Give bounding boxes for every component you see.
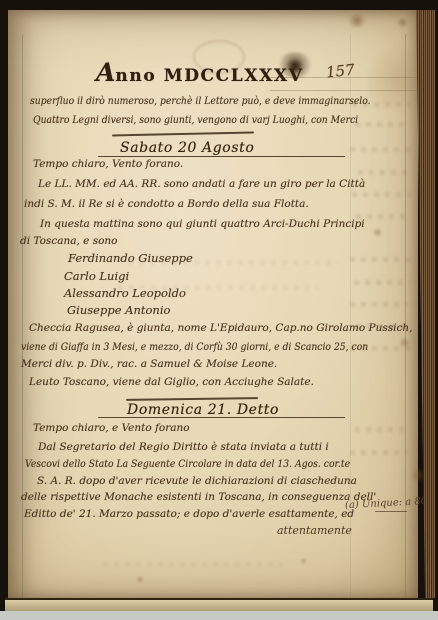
prince-name: Alessandro Leopoldo — [64, 287, 186, 301]
bleed-through-line — [350, 450, 408, 455]
manuscript-line: Editto de' 21. Marzo passato; e dopo d'a… — [24, 508, 354, 521]
manuscript-line: Leuto Toscano, viene dal Giglio, con Acc… — [29, 376, 314, 389]
bleed-through-line — [350, 147, 410, 152]
section-divider — [126, 397, 258, 401]
bleed-through-line — [352, 192, 410, 197]
foxing-spot — [398, 338, 411, 347]
manuscript-line: Le LL. MM. ed AA. RR. sono andati a fare… — [38, 178, 365, 191]
section-heading-sunday: Domenica 21. Detto — [127, 402, 279, 418]
foxing-spot — [412, 465, 424, 485]
bleed-through-line — [350, 257, 412, 262]
margin-note-underline — [375, 511, 407, 512]
page-title-anno: Anno MDCCLXXXV — [96, 58, 304, 87]
manuscript-line: Tempo chiaro, Vento forano. — [33, 158, 183, 171]
bleed-through-line — [354, 280, 410, 285]
manuscript-line: S. A. R. dopo d'aver ricevute le dichiar… — [37, 475, 357, 488]
manuscript-line: viene di Giaffa in 3 Mesi, e mezzo, di C… — [21, 341, 368, 354]
table-surface — [0, 611, 438, 620]
foxing-spot — [396, 18, 409, 27]
prince-name: Giuseppe Antonio — [67, 304, 170, 318]
manuscript-page: Anno MDCCLXXXV 157 superfluo il dirò num… — [8, 10, 418, 600]
manuscript-line: indi S. M. il Re si è condotto a Bordo d… — [24, 198, 309, 211]
manuscript-line: Quattro Legni diversi, sono giunti, veng… — [33, 114, 358, 127]
folio-number: 157 — [325, 61, 355, 82]
manuscript-line: di Toscana, e sono — [20, 235, 118, 248]
section-divider — [112, 132, 254, 137]
foxing-spot — [300, 558, 307, 564]
manuscript-line: Merci div. p. Div., rac. a Samuel & Mois… — [21, 358, 277, 371]
bleed-through-line — [350, 302, 408, 307]
manuscript-line: Tempo chiaro, e Vento forano — [33, 422, 190, 435]
manuscript-line: Dal Segretario del Regio Diritto è stata… — [38, 441, 329, 454]
section-heading-saturday: Sabato 20 Agosto — [120, 140, 254, 156]
prince-name: Ferdinando Giuseppe — [68, 252, 193, 266]
manuscript-line: Vescovi dello Stato La Seguente Circolar… — [25, 458, 350, 471]
catchword: attentamente — [277, 524, 352, 537]
foxing-spot — [372, 228, 383, 237]
foxing-spot — [136, 576, 144, 583]
margin-rule-left — [22, 34, 23, 600]
bleed-through-line — [355, 427, 410, 432]
manuscript-photo: Anno MDCCLXXXV 157 superfluo il dirò num… — [0, 0, 438, 620]
prince-name: Carlo Luigi — [64, 270, 129, 284]
margin-rule-right — [405, 34, 406, 600]
book-fore-edge — [416, 10, 435, 598]
manuscript-line: delle rispettive Monache esistenti in To… — [21, 491, 376, 504]
bleed-through-line — [358, 170, 410, 175]
manuscript-line: superfluo il dirò numeroso, perchè il Le… — [30, 95, 371, 108]
manuscript-line: In questa mattina sono qui giunti quattr… — [40, 218, 365, 231]
bleed-through-block — [103, 562, 283, 567]
bleed-through-line — [355, 122, 407, 127]
manuscript-line: Checcia Ragusea, è giunta, nome L'Epidau… — [29, 322, 412, 335]
foxing-spot — [346, 14, 368, 27]
